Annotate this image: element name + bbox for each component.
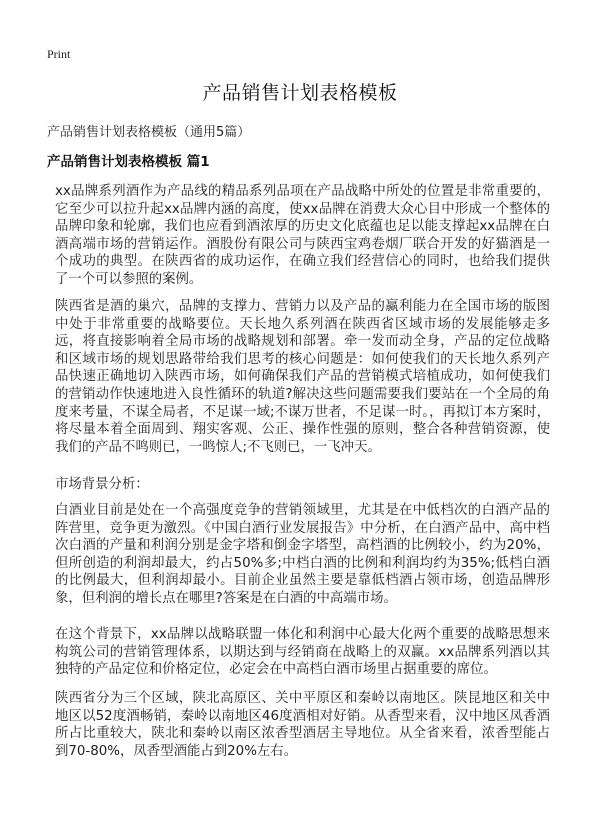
paragraph-brand-intro: xx品牌系列酒作为产品线的精品系列品项在产品战略中所处的位置是非常重要的，它至少…: [55, 183, 550, 289]
section-heading: 产品销售计划表格模板 篇1: [47, 150, 210, 170]
paragraph-market-analysis-label: 市场背景分析：: [55, 476, 550, 494]
paragraph-regions: 陕西省分为三个区域，陕北高原区、关中平原区和秦岭以南地区。陕昆地区和关中地区以5…: [55, 690, 550, 760]
document-title: 产品销售计划表格模板: [0, 78, 600, 105]
paragraph-strategy: 在这个背景下，xx品牌以战略联盟一体化和利润中心最大化两个重要的战略思想来构筑公…: [55, 626, 550, 679]
paragraph-baijiu-industry: 白酒业目前是处在一个高强度竞争的营销领域里，尤其是在中低档次的白酒产品的阵营里，…: [55, 502, 550, 608]
document-subtitle: 产品销售计划表格模板（通用5篇）: [47, 121, 250, 140]
paragraph-shaanxi-market: 陕西省是酒的巢穴，品牌的支撑力、营销力以及产品的赢利能力在全国市场的版图中处于非…: [55, 298, 550, 456]
print-label[interactable]: Print: [47, 47, 70, 62]
